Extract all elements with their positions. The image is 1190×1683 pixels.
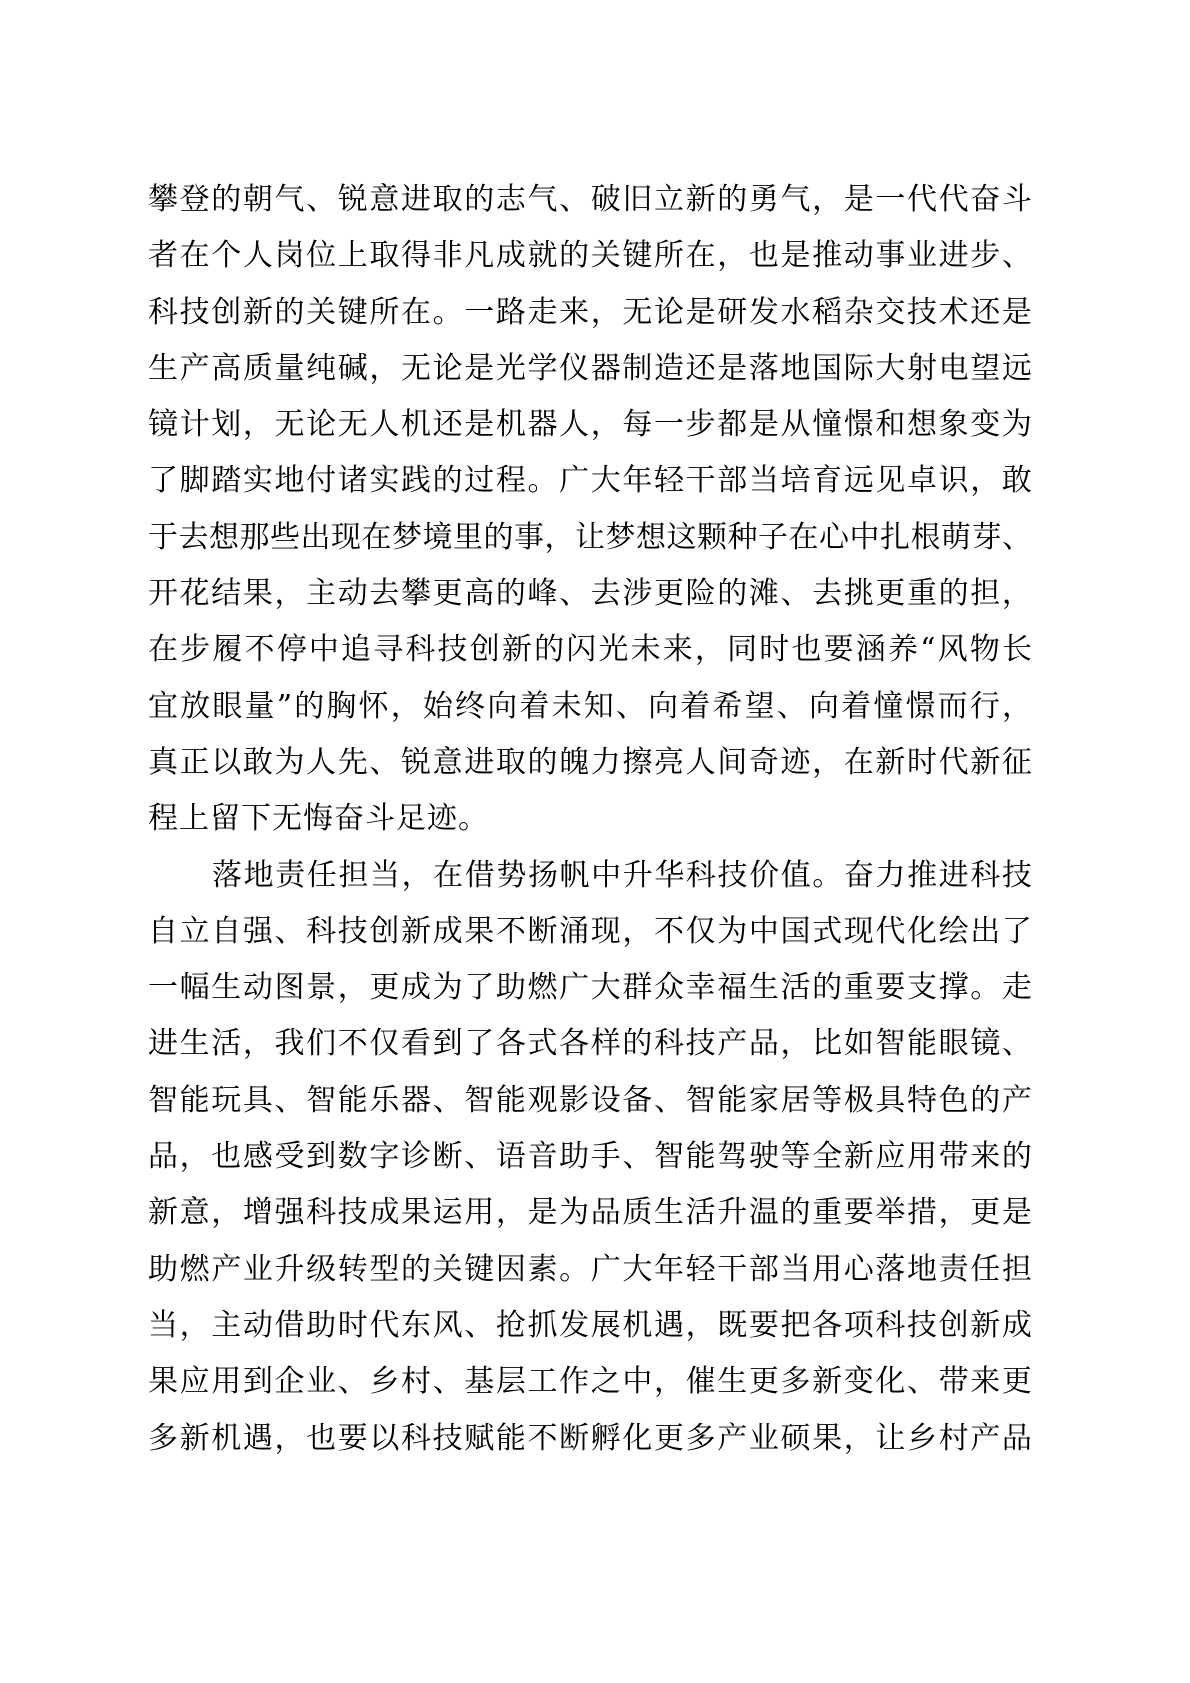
text-line: 攀登的朝气、锐意进取的志气、破旧立新的勇气，是一代代奋斗 <box>148 172 1032 228</box>
text-line: 者在个人岗位上取得非凡成就的关键所在，也是推动事业进步、 <box>148 228 1032 284</box>
text-line: 助燃产业升级转型的关键因素。广大年轻干部当用心落地责任担 <box>148 1242 1032 1298</box>
text-line: 进生活，我们不仅看到了各式各样的科技产品，比如智能眼镜、 <box>148 1016 1032 1072</box>
text-line: 落地责任担当，在借势扬帆中升华科技价值。奋力推进科技 <box>148 848 1032 904</box>
text-line: 当，主动借助时代东风、抢抓发展机遇，既要把各项科技创新成 <box>148 1298 1032 1354</box>
text-line: 自立自强、科技创新成果不断涌现，不仅为中国式现代化绘出了 <box>148 904 1032 960</box>
document-page: 攀登的朝气、锐意进取的志气、破旧立新的勇气，是一代代奋斗 者在个人岗位上取得非凡… <box>0 0 1190 1683</box>
text-line: 果应用到企业、乡村、基层工作之中，催生更多新变化、带来更 <box>148 1354 1032 1410</box>
document-text-block: 攀登的朝气、锐意进取的志气、破旧立新的勇气，是一代代奋斗 者在个人岗位上取得非凡… <box>148 172 1032 1467</box>
text-line: 真正以敢为人先、锐意进取的魄力擦亮人间奇迹，在新时代新征 <box>148 735 1032 791</box>
text-line: 开花结果，主动去攀更高的峰、去涉更险的滩、去挑更重的担， <box>148 566 1032 622</box>
text-line: 在步履不停中追寻科技创新的闪光未来，同时也要涵养“风物长 <box>148 622 1032 678</box>
text-line: 品，也感受到数字诊断、语音助手、智能驾驶等全新应用带来的 <box>148 1129 1032 1185</box>
paragraph-2: 落地责任担当，在借势扬帆中升华科技价值。奋力推进科技 自立自强、科技创新成果不断… <box>148 848 1032 1467</box>
text-line: 智能玩具、智能乐器、智能观影设备、智能家居等极具特色的产 <box>148 1073 1032 1129</box>
text-line: 新意，增强科技成果运用，是为品质生活升温的重要举措，更是 <box>148 1185 1032 1241</box>
text-line: 程上留下无悔奋斗足迹。 <box>148 791 1032 847</box>
text-line: 镜计划，无论无人机还是机器人，每一步都是从憧憬和想象变为 <box>148 397 1032 453</box>
text-line: 一幅生动图景，更成为了助燃广大群众幸福生活的重要支撑。走 <box>148 960 1032 1016</box>
text-line: 多新机遇，也要以科技赋能不断孵化更多产业硕果，让乡村产品 <box>148 1411 1032 1467</box>
text-line: 于去想那些出现在梦境里的事，让梦想这颗种子在心中扎根萌芽、 <box>148 510 1032 566</box>
text-line: 科技创新的关键所在。一路走来，无论是研发水稻杂交技术还是 <box>148 285 1032 341</box>
paragraph-1: 攀登的朝气、锐意进取的志气、破旧立新的勇气，是一代代奋斗 者在个人岗位上取得非凡… <box>148 172 1032 848</box>
text-line: 了脚踏实地付诸实践的过程。广大年轻干部当培育远见卓识，敢 <box>148 453 1032 509</box>
text-line: 生产高质量纯碱，无论是光学仪器制造还是落地国际大射电望远 <box>148 341 1032 397</box>
text-line: 宜放眼量”的胸怀，始终向着未知、向着希望、向着憧憬而行， <box>148 679 1032 735</box>
